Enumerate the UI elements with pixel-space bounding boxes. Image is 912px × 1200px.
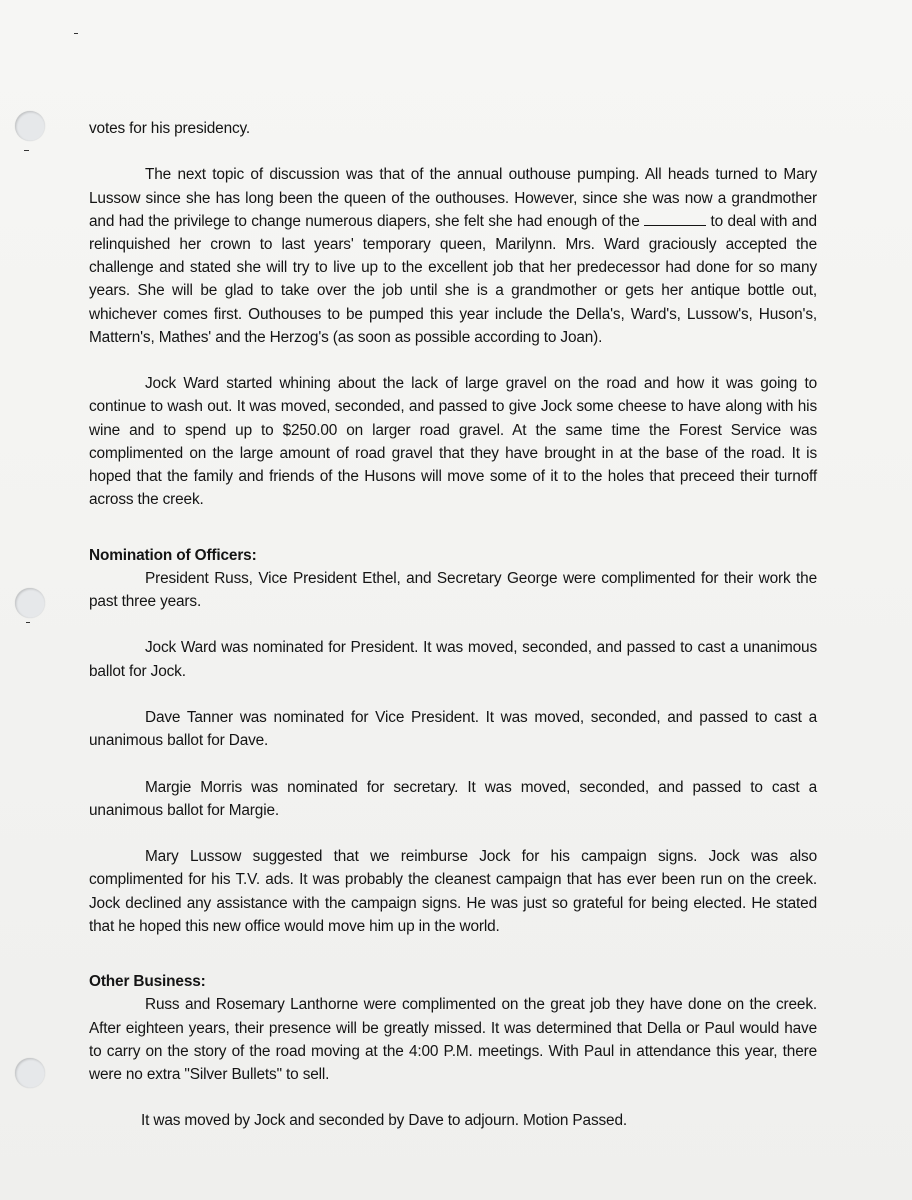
nomination-paragraph: Margie Morris was nominated for secretar… xyxy=(89,776,817,822)
outhouse-text-2: to deal with and relinquished her crown … xyxy=(89,213,817,346)
binder-hole xyxy=(15,111,45,141)
scan-speck xyxy=(74,33,78,34)
nomination-paragraph: Dave Tanner was nominated for Vice Presi… xyxy=(89,706,817,752)
fill-in-blank xyxy=(644,213,706,226)
binder-hole xyxy=(15,588,45,618)
binder-hole xyxy=(15,1058,45,1088)
nomination-paragraph: President Russ, Vice President Ethel, an… xyxy=(89,567,817,613)
closing-motion: It was moved by Jock and seconded by Dav… xyxy=(89,1109,817,1132)
scan-speck xyxy=(26,622,30,623)
other-business-paragraph: Russ and Rosemary Lanthorne were complim… xyxy=(89,993,817,1086)
scan-speck xyxy=(24,150,29,151)
continuation-text: votes for his presidency. xyxy=(89,117,817,140)
scanned-page: votes for his presidency. The next topic… xyxy=(0,0,912,1200)
document-body: votes for his presidency. The next topic… xyxy=(89,117,817,1156)
outhouse-text-1: The next topic of discussion was that of… xyxy=(89,166,817,229)
other-business-heading: Other Business: xyxy=(89,970,817,993)
outhouse-paragraph: The next topic of discussion was that of… xyxy=(89,163,817,349)
nomination-paragraph: Jock Ward was nominated for President. I… xyxy=(89,636,817,682)
gravel-paragraph: Jock Ward started whining about the lack… xyxy=(89,372,817,511)
nomination-paragraph: Mary Lussow suggested that we reimburse … xyxy=(89,845,817,938)
nomination-heading: Nomination of Officers: xyxy=(89,544,817,567)
